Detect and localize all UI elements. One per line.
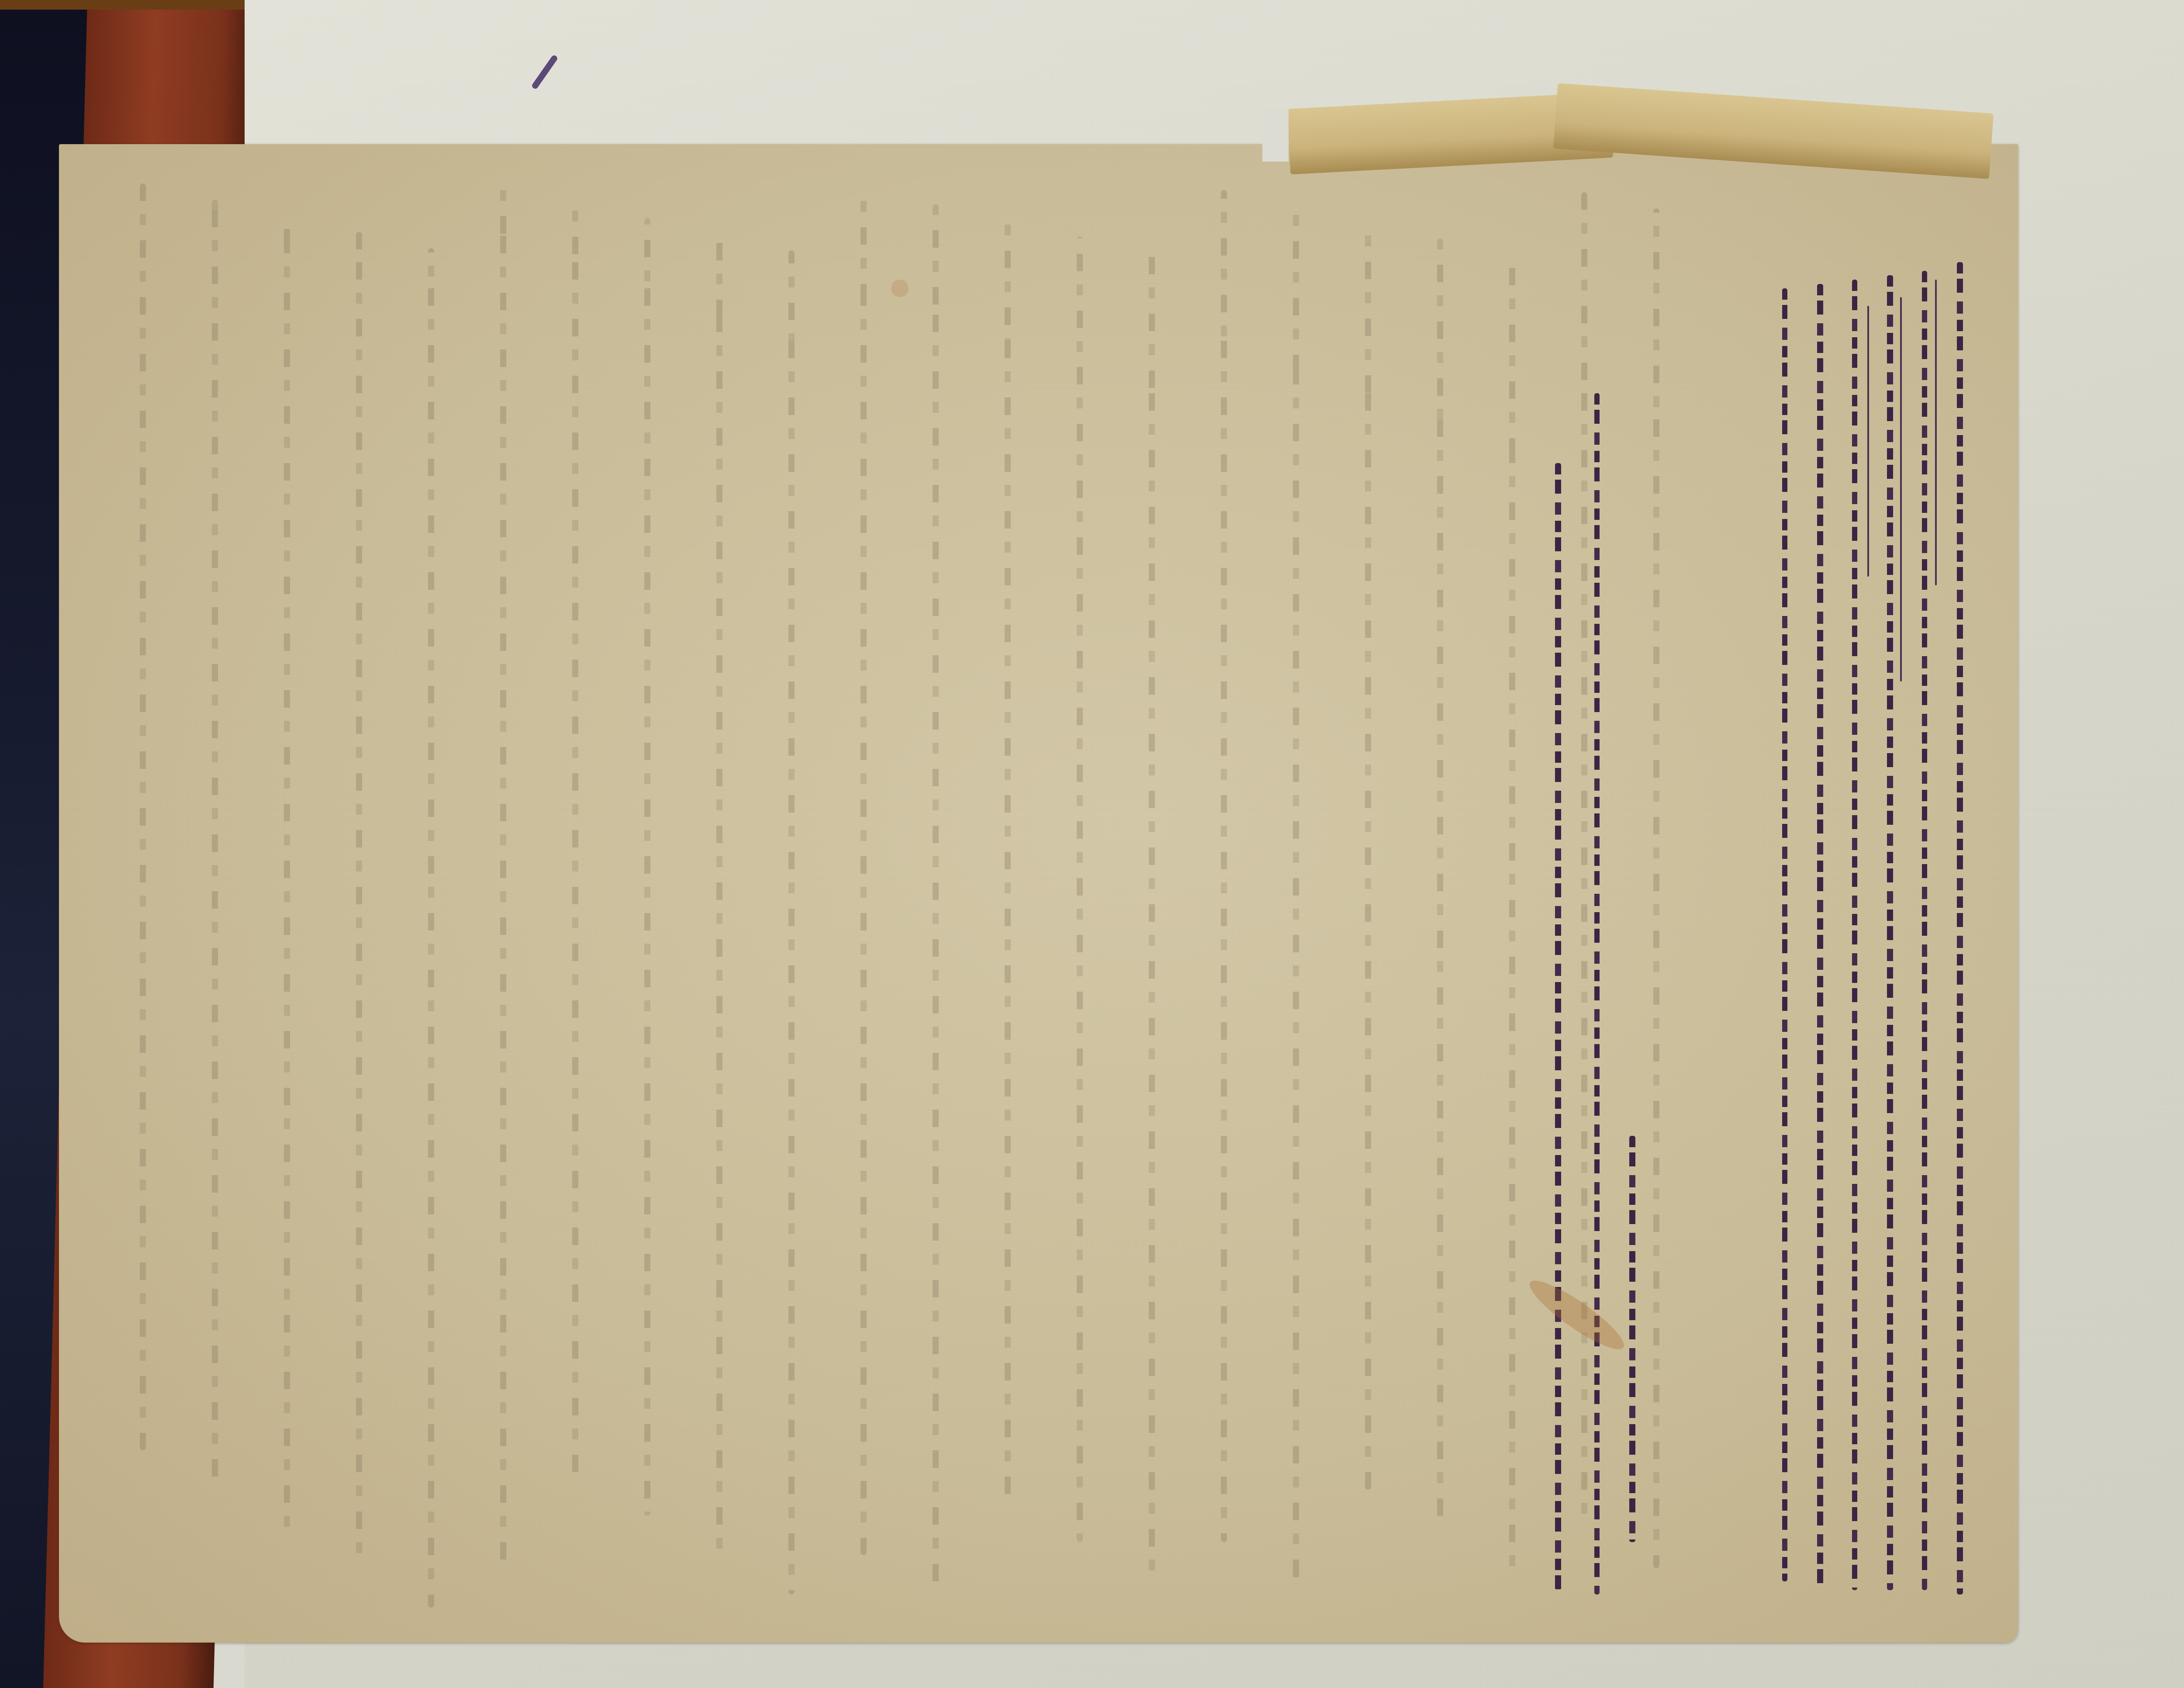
bleed-through-line [1437,239,1443,1529]
bleed-through-line [1077,236,1083,1542]
bleed-through-line [284,216,290,1529]
bleed-through-line [1221,190,1227,1542]
bleed-through-line [212,200,218,1490]
handwritten-line [1594,393,1600,1595]
text-underline [1900,297,1902,681]
bleed-through-line [140,183,146,1450]
bleed-through-line [1293,206,1299,1581]
bleed-through-line [1149,253,1155,1581]
handwritten-line [1852,280,1857,1590]
handwritten-line [1922,271,1927,1590]
text-underline [1935,280,1937,585]
bleed-through-line [500,186,506,1568]
bleed-through-line [716,234,722,1555]
bleed-through-line [788,250,795,1595]
manuscript-page [59,144,2018,1643]
bleed-through-line [1365,222,1371,1490]
handwritten-line [1555,463,1561,1590]
bleed-through-line [1005,220,1011,1503]
bleed-through-line [1653,208,1659,1568]
bleed-through-line [860,188,867,1555]
text-underline [1867,306,1869,577]
handwritten-line [1782,288,1787,1581]
tear-gap [1262,109,1289,162]
binding-top-edge [0,0,245,10]
bleed-through-line [572,202,578,1477]
bleed-through-line [1509,255,1515,1568]
handwritten-line [1817,284,1823,1590]
handwritten-line [1629,1136,1635,1542]
foxing-spot [891,280,909,297]
bleed-through-line [356,232,362,1568]
bleed-through-line [933,204,939,1595]
bleed-through-line [428,248,434,1608]
handwritten-line [1887,275,1893,1590]
bleed-through-line [644,218,650,1516]
handwritten-line [1957,262,1963,1595]
